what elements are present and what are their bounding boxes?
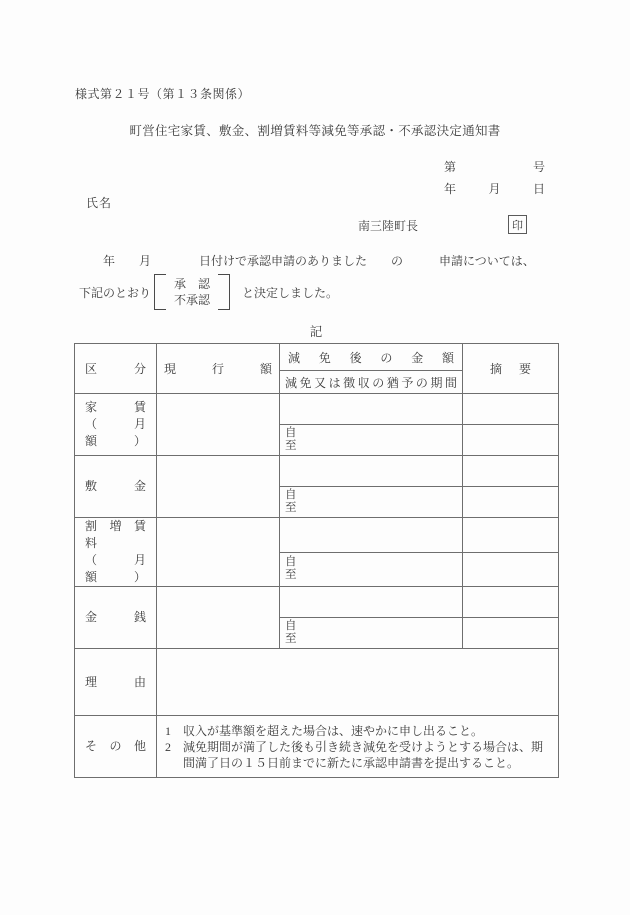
decision-line: 下記のとおり 承 認 不承認 と決定しました。 [79, 274, 338, 310]
number-suffix: 号 [533, 158, 545, 175]
current-amount-cell [157, 587, 280, 649]
period-cell: 自 至 [280, 487, 463, 518]
bracket-options: 承 認 不承認 [166, 274, 218, 310]
other-note-1: 1 収入が基準額を超えた場合は、速やかに申し出ること。 [165, 723, 550, 739]
reduced-amount-cell [280, 587, 463, 618]
option-rejected: 不承認 [174, 292, 210, 308]
bracket-right [218, 274, 230, 310]
header-note: 摘 要 [463, 344, 559, 394]
note-cell [463, 618, 559, 649]
table-row: 家 賃 （ 月 額 ） [75, 394, 559, 425]
header-deferment-period: 減免又は徴収の猶予の期間 [280, 371, 463, 394]
reduced-amount-cell [280, 456, 463, 487]
date-year-label: 年 [444, 180, 456, 197]
note-cell [463, 587, 559, 618]
date-month-label: 月 [488, 180, 500, 197]
reason-row: 理 由 [75, 649, 559, 716]
date-line: 年 月 日 [444, 180, 545, 197]
note-cell [463, 456, 559, 487]
table-row: 敷 金 [75, 456, 559, 487]
row-label-money: 金 銭 [75, 587, 157, 649]
other-notes-cell: 1 収入が基準額を超えた場合は、速やかに申し出ること。 2 減免期間が満了した後… [157, 716, 559, 778]
row-label-surcharge: 割 増 賃 料 （ 月 額 ） [75, 518, 157, 587]
current-amount-cell [157, 518, 280, 587]
note-cell [463, 487, 559, 518]
header-amount-after-reduction: 減 免 後 の 金 額 [280, 344, 463, 371]
bracket-left [154, 274, 166, 310]
form-number: 様式第２１号（第１３条関係） [75, 85, 250, 102]
document-number-line: 第 号 [444, 158, 545, 175]
name-label: 氏名 [86, 194, 112, 211]
approval-bracket: 承 認 不承認 [154, 274, 230, 310]
date-day-label: 日 [533, 180, 545, 197]
table-row: 割 増 賃 料 （ 月 額 ） [75, 518, 559, 553]
record-heading: 記 [74, 322, 558, 340]
other-row: そ の 他 1 収入が基準額を超えた場合は、速やかに申し出ること。 2 減免期間… [75, 716, 559, 778]
table-row: 金 銭 [75, 587, 559, 618]
row-label-rent: 家 賃 （ 月 額 ） [75, 394, 157, 456]
decision-prefix: 下記のとおり [79, 284, 151, 301]
seal-mark: 印 [508, 215, 527, 234]
page-title: 町営住宅家賃、敷金、割増賃料等減免等承認・不承認決定通知書 [0, 121, 630, 139]
reduced-amount-cell [280, 518, 463, 553]
row-label-reason: 理 由 [75, 649, 157, 716]
mayor-label: 南三陸町長 [358, 217, 418, 234]
current-amount-cell [157, 456, 280, 518]
number-prefix: 第 [444, 158, 456, 175]
seal-label: 印 [512, 217, 523, 233]
note-cell [463, 552, 559, 587]
row-label-deposit: 敷 金 [75, 456, 157, 518]
note-cell [463, 518, 559, 553]
period-cell: 自 至 [280, 425, 463, 456]
header-current-amount: 現 行 額 [157, 344, 280, 394]
reason-cell [157, 649, 559, 716]
document-page: 様式第２１号（第１３条関係） 町営住宅家賃、敷金、割増賃料等減免等承認・不承認決… [0, 0, 630, 915]
application-sentence: 年 月 日付けで承認申請のありました の 申請については、 [79, 252, 535, 269]
row-label-other: そ の 他 [75, 716, 157, 778]
decision-table: 区 分 現 行 額 減 免 後 の 金 額 摘 要 減免又は徴収の猶予の期間 家… [74, 343, 559, 778]
option-approved: 承 認 [174, 276, 210, 292]
current-amount-cell [157, 394, 280, 456]
table-header-row: 区 分 現 行 額 減 免 後 の 金 額 摘 要 [75, 344, 559, 371]
period-cell: 自 至 [280, 552, 463, 587]
reduced-amount-cell [280, 394, 463, 425]
decision-suffix: と決定しました。 [242, 284, 338, 301]
period-cell: 自 至 [280, 618, 463, 649]
header-category: 区 分 [75, 344, 157, 394]
note-cell [463, 394, 559, 425]
other-note-2: 2 減免期間が満了した後も引き続き減免を受けようとする場合は、期間満了日の１５日… [165, 739, 550, 771]
note-cell [463, 425, 559, 456]
